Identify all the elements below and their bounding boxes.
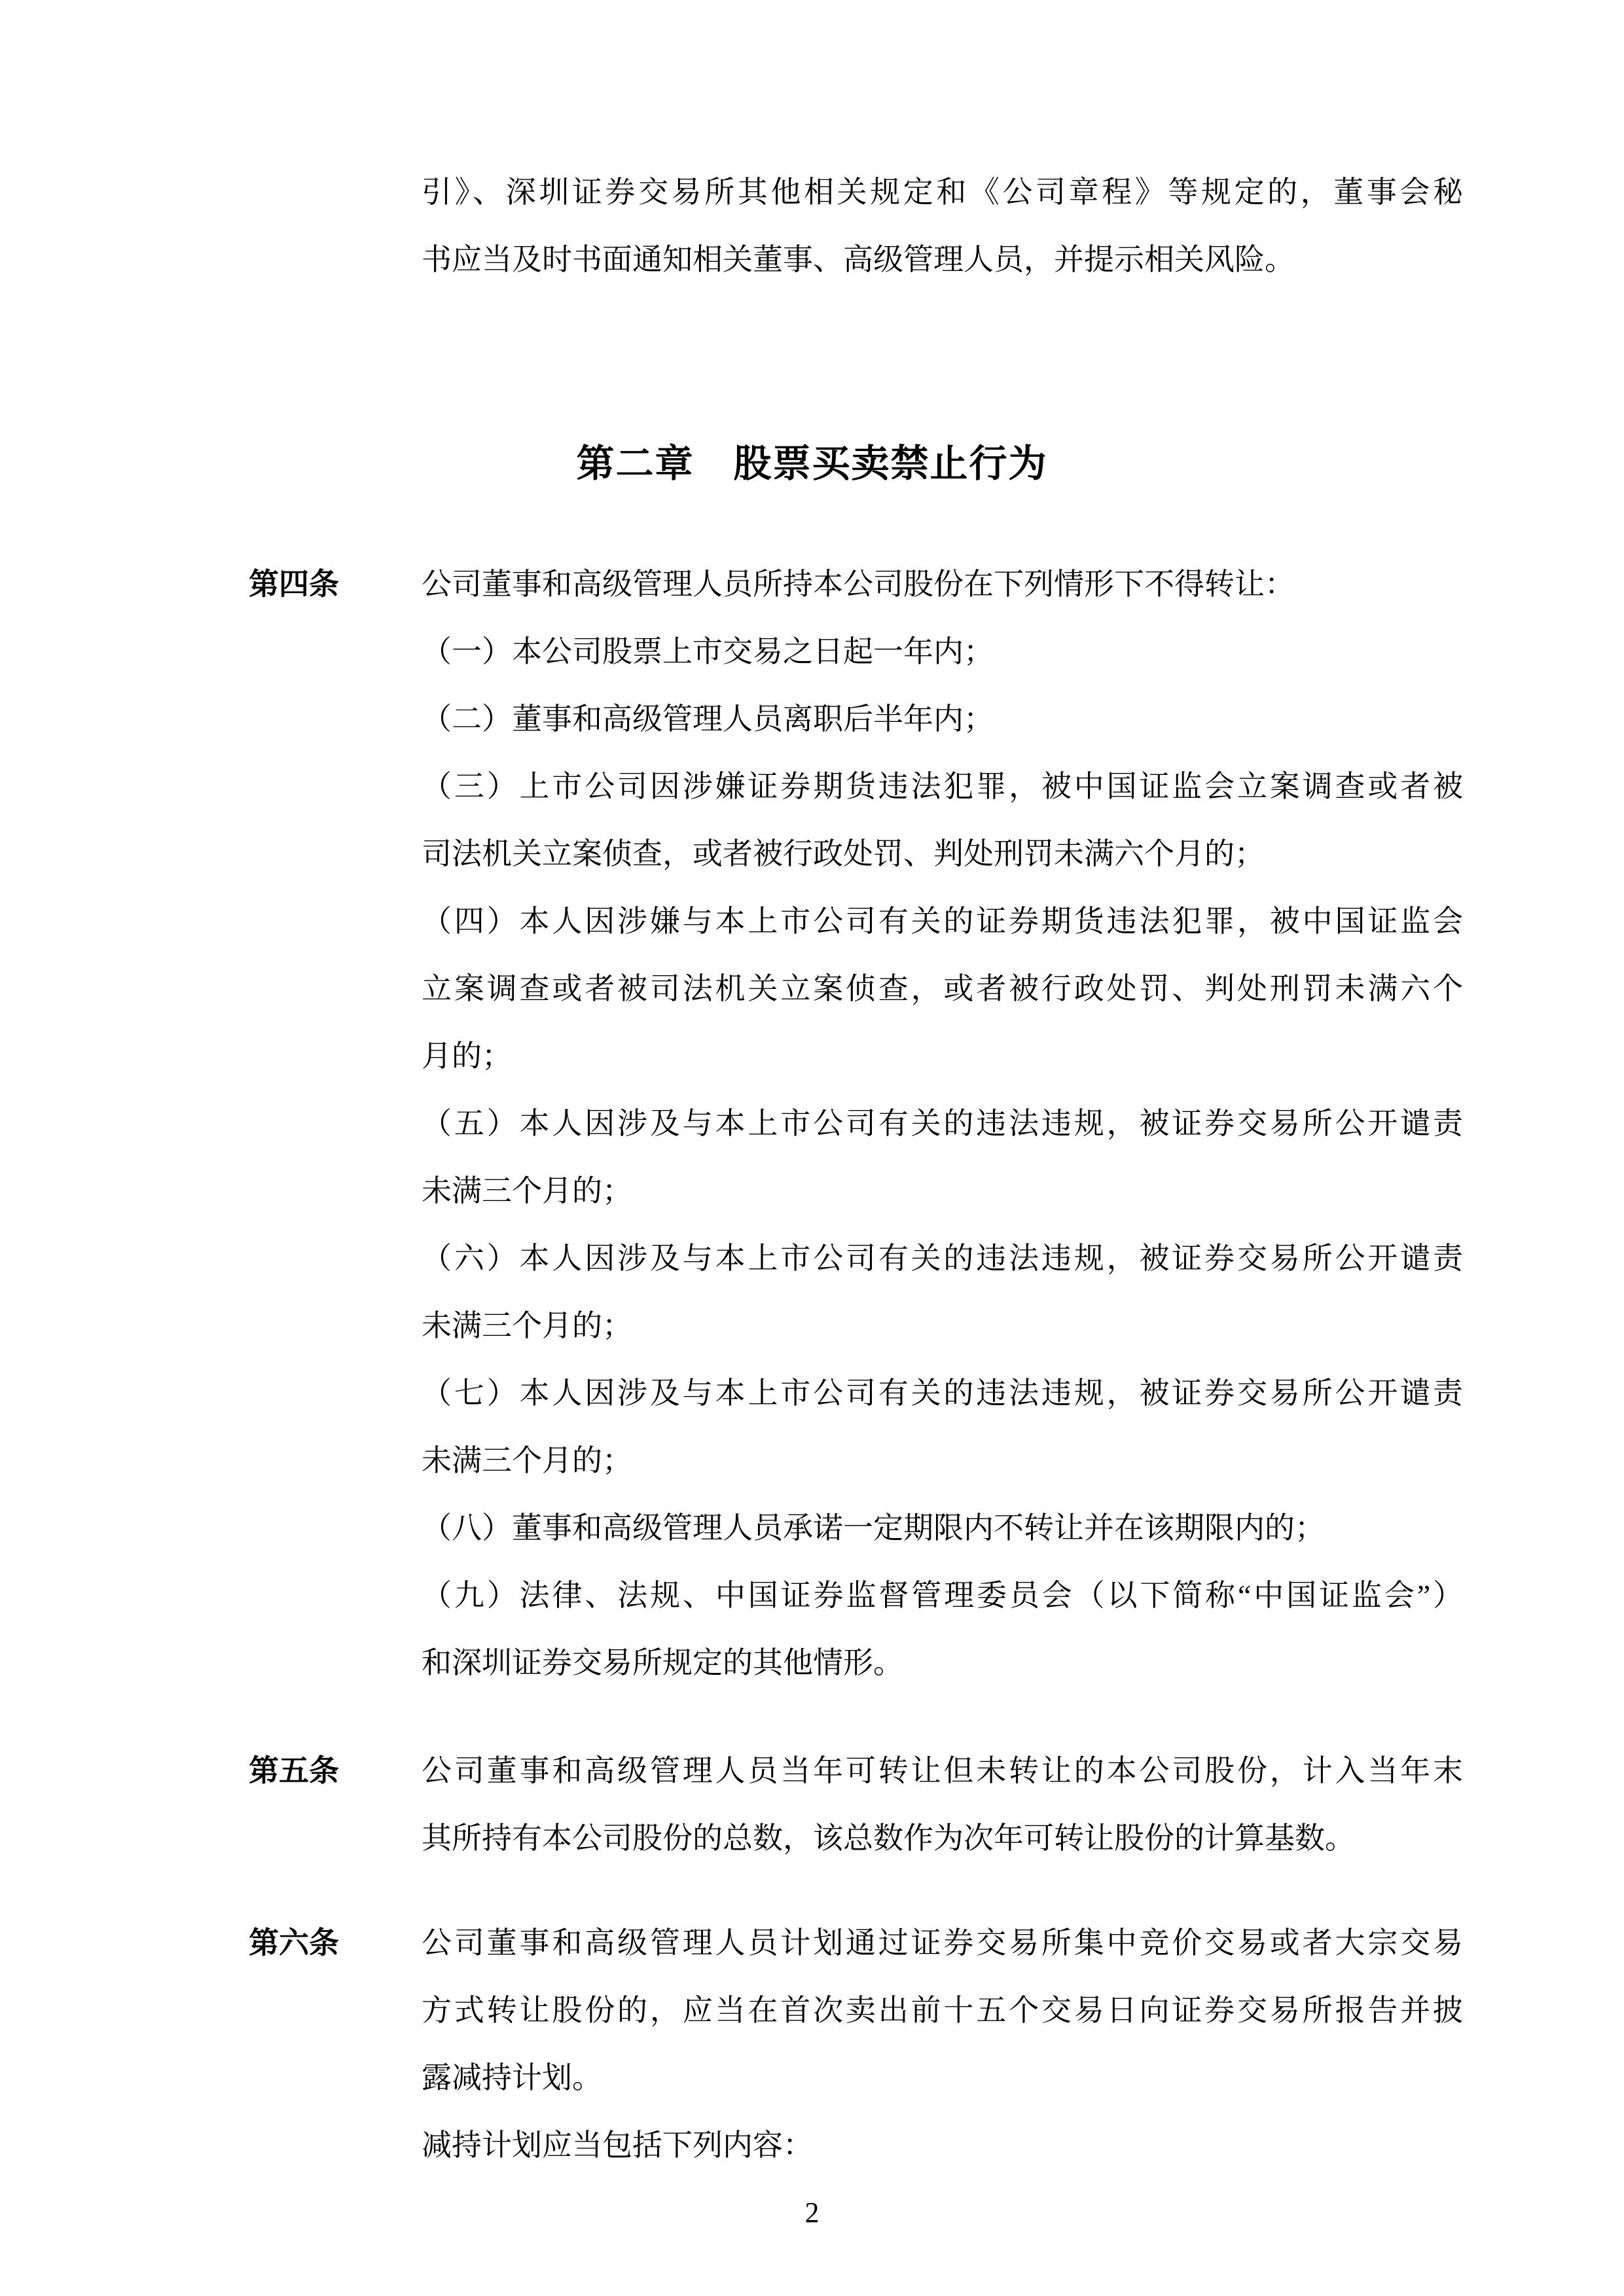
text-line: 和深圳证券交易所规定的其他情形。	[422, 1629, 1463, 1696]
text-line: 露减持计划。	[422, 2044, 1463, 2111]
article-5-label: 第五条	[249, 1737, 339, 1804]
list-item: （六）本人因涉及与本上市公司有关的违法违规，被证券交易所公开谴责	[422, 1225, 1463, 1292]
text-line: 书应当及时书面通知相关董事、高级管理人员，并提示相关风险。	[422, 226, 1463, 293]
text-line: 未满三个月的；	[422, 1157, 1463, 1225]
document-page: 引》、深圳证券交易所其他相关规定和《公司章程》等规定的，董事会秘 书应当及时书面…	[0, 0, 1624, 2296]
text-line: 公司董事和高级管理人员当年可转让但未转让的本公司股份，计入当年末	[422, 1737, 1463, 1804]
article-4: 第四条 公司董事和高级管理人员所持本公司股份在下列情形下不得转让： （一）本公司…	[422, 550, 1463, 1696]
article-5: 第五条 公司董事和高级管理人员当年可转让但未转让的本公司股份，计入当年末 其所持…	[422, 1737, 1463, 1872]
list-item: （七）本人因涉及与本上市公司有关的违法违规，被证券交易所公开谴责	[422, 1359, 1463, 1427]
list-item: （一）本公司股票上市交易之日起一年内；	[422, 618, 1463, 685]
text-line: 引》、深圳证券交易所其他相关规定和《公司章程》等规定的，董事会秘	[422, 158, 1463, 226]
chapter-heading: 第二章 股票买卖禁止行为	[0, 430, 1624, 497]
article-6: 第六条 公司董事和高级管理人员计划通过证券交易所集中竞价交易或者大宗交易 方式转…	[422, 1909, 1463, 2179]
text-line: 司法机关立案侦查，或者被行政处罚、判处刑罚未满六个月的；	[422, 820, 1463, 888]
text-line: 减持计划应当包括下列内容：	[422, 2111, 1463, 2179]
text-line: 未满三个月的；	[422, 1292, 1463, 1359]
list-item: （五）本人因涉及与本上市公司有关的违法违规，被证券交易所公开谴责	[422, 1090, 1463, 1157]
article-4-label: 第四条	[249, 550, 339, 618]
list-item: （二）董事和高级管理人员离职后半年内；	[422, 685, 1463, 753]
list-item: （四）本人因涉嫌与本上市公司有关的证券期货违法犯罪，被中国证监会	[422, 888, 1463, 955]
continuation-paragraph: 引》、深圳证券交易所其他相关规定和《公司章程》等规定的，董事会秘 书应当及时书面…	[422, 158, 1463, 293]
text-line: 立案调查或者被司法机关立案侦查，或者被行政处罚、判处刑罚未满六个	[422, 955, 1463, 1022]
page-number: 2	[0, 2179, 1624, 2246]
text-line: 月的；	[422, 1022, 1463, 1090]
text-line: 公司董事和高级管理人员所持本公司股份在下列情形下不得转让：	[422, 550, 1463, 618]
article-6-label: 第六条	[249, 1909, 339, 1977]
text-line: 其所持有本公司股份的总数，该总数作为次年可转让股份的计算基数。	[422, 1804, 1463, 1872]
text-line: 未满三个月的；	[422, 1427, 1463, 1494]
text-line: 方式转让股份的，应当在首次卖出前十五个交易日向证券交易所报告并披	[422, 1977, 1463, 2044]
list-item: （九）法律、法规、中国证券监督管理委员会（以下简称“中国证监会”）	[422, 1562, 1463, 1629]
list-item: （八）董事和高级管理人员承诺一定期限内不转让并在该期限内的；	[422, 1494, 1463, 1562]
list-item: （三）上市公司因涉嫌证券期货违法犯罪，被中国证监会立案调查或者被	[422, 753, 1463, 820]
text-line: 公司董事和高级管理人员计划通过证券交易所集中竞价交易或者大宗交易	[422, 1909, 1463, 1977]
